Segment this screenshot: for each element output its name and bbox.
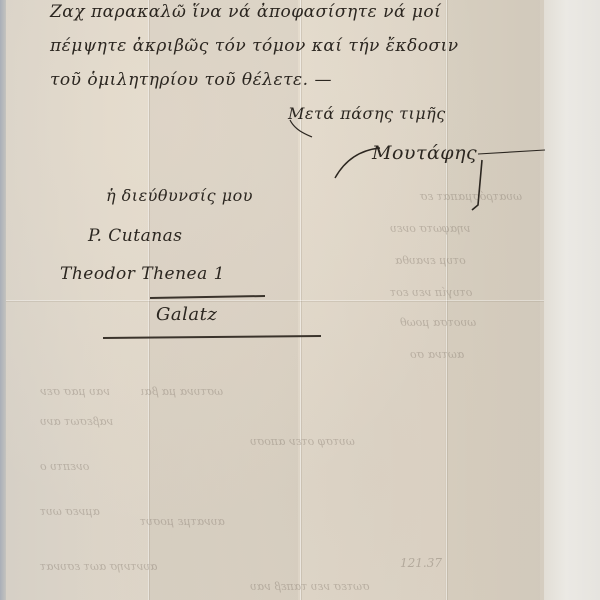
address-name: P. Cutanas — [88, 226, 183, 246]
address-intro: ἡ διεύθυνσίς μου — [106, 186, 253, 205]
signature-flourish-strokes — [0, 0, 600, 600]
address-city: Galatz — [156, 304, 217, 325]
address-street: Theodor Thenea 1 — [60, 264, 225, 284]
